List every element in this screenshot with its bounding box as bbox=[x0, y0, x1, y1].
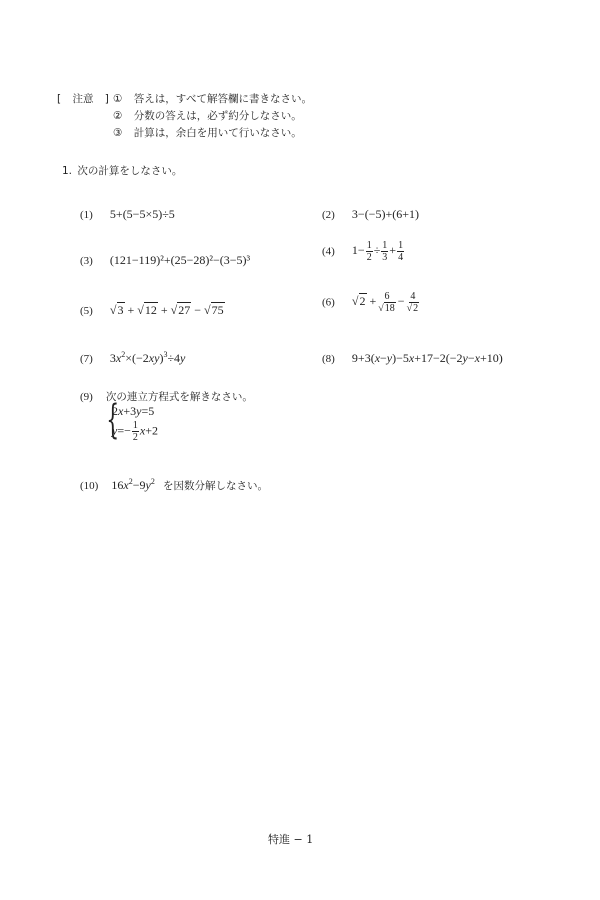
problem-expression: 1−12÷13+14 bbox=[352, 243, 405, 257]
problem-number: (10) bbox=[80, 480, 98, 492]
problem-number: (2) bbox=[322, 209, 335, 221]
problem-instruction: を因数分解しなさい。 bbox=[163, 480, 268, 492]
problem-expression: 16x2−9y2 bbox=[111, 478, 154, 492]
problem-4: (4) 1−12÷13+14 bbox=[322, 240, 405, 263]
problem-7: (7) 3x2×(−2xy)3÷4y bbox=[80, 347, 185, 366]
notice-text: 計算は，余白を用いて行いなさい。 bbox=[134, 127, 302, 139]
notice-item-1: ① 答えは，すべて解答欄に書きなさい。 bbox=[113, 91, 312, 106]
problem-expression: √3 + √12 + √27 − √75 bbox=[110, 303, 225, 317]
problem-3: (3) (121−119)²+(25−28)²−(3−5)³ bbox=[80, 249, 250, 268]
problem-5: (5) √3 + √12 + √27 − √75 bbox=[80, 299, 225, 318]
problem-number: (1) bbox=[80, 209, 93, 221]
problem-instruction: 次の連立方程式を解きなさい。 bbox=[106, 391, 253, 403]
equation-2: y=−12x+2 bbox=[112, 420, 158, 443]
notice-bracket-open: [ bbox=[57, 93, 61, 105]
equation-1: 2x+3y=5 bbox=[112, 404, 154, 419]
problem-10: (10) 16x2−9y2 を因数分解しなさい。 bbox=[80, 474, 268, 493]
problem-number: (9) bbox=[80, 391, 93, 403]
problem-number: (8) bbox=[322, 353, 335, 365]
notice-item-3: ③ 計算は，余白を用いて行いなさい。 bbox=[113, 125, 302, 140]
notice-marker: ① bbox=[113, 93, 122, 105]
problem-1: (1) 5+(5−5×5)÷5 bbox=[80, 203, 175, 222]
problem-8: (8) 9+3(x−y)−5x+17−2(−2y−x+10) bbox=[322, 347, 503, 366]
problem-expression: √2 +6√18−4√2 bbox=[352, 294, 421, 308]
notice-text: 答えは，すべて解答欄に書きなさい。 bbox=[134, 93, 312, 105]
section-number: 1. bbox=[62, 165, 72, 177]
problem-2: (2) 3−(−5)+(6+1) bbox=[322, 203, 419, 222]
section-heading: 1. 次の計算をしなさい。 bbox=[62, 163, 182, 178]
problem-expression: 9+3(x−y)−5x+17−2(−2y−x+10) bbox=[352, 351, 503, 365]
notice-marker: ③ bbox=[113, 127, 122, 139]
problem-number: (5) bbox=[80, 305, 93, 317]
problem-expression: 5+(5−5×5)÷5 bbox=[110, 207, 175, 221]
section-title: 次の計算をしなさい。 bbox=[77, 165, 182, 177]
problem-6: (6) √2 +6√18−4√2 bbox=[322, 291, 421, 314]
problem-number: (3) bbox=[80, 255, 93, 267]
problem-number: (6) bbox=[322, 297, 335, 309]
problem-expression: 3−(−5)+(6+1) bbox=[352, 207, 419, 221]
notice-text: 分数の答えは，必ず約分しなさい。 bbox=[134, 110, 302, 122]
problem-number: (7) bbox=[80, 353, 93, 365]
page-footer: 特進 − 1 bbox=[268, 831, 313, 847]
notice-label: [ 注意 ] bbox=[57, 91, 109, 106]
problem-expression: (121−119)²+(25−28)²−(3−5)³ bbox=[110, 253, 250, 267]
notice-bracket-close: ] bbox=[105, 93, 109, 105]
notice-title: 注意 bbox=[72, 93, 93, 105]
notice-marker: ② bbox=[113, 110, 122, 122]
problem-number: (4) bbox=[322, 246, 335, 258]
notice-item-2: ② 分数の答えは，必ず約分しなさい。 bbox=[113, 108, 302, 123]
problem-expression: 3x2×(−2xy)3÷4y bbox=[110, 351, 185, 365]
